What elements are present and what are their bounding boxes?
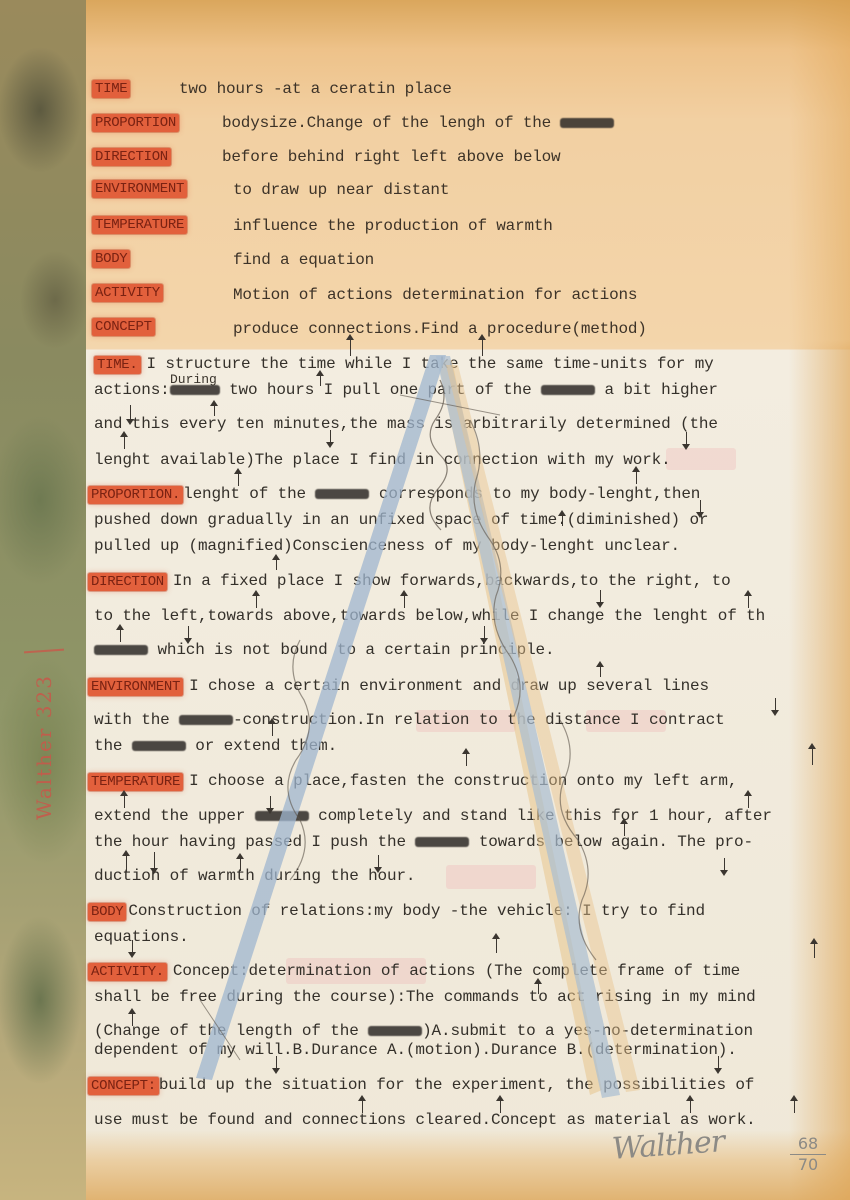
glossary-row: ENVIRONMENT — [92, 176, 187, 202]
text-line: DIRECTIONIn a fixed place I show forward… — [88, 572, 731, 591]
redaction-mark — [132, 741, 186, 751]
arrow-down-icon — [154, 852, 155, 872]
arrow-up-icon — [496, 935, 497, 953]
glossary-definition: find a equation — [233, 251, 374, 269]
keyword-stamp: DIRECTION — [88, 573, 167, 591]
keyword-stamp: DIRECTION — [92, 148, 171, 166]
text-line: actions: two hours I pull one part of th… — [94, 381, 718, 399]
text-line: shall be free during the course):The com… — [94, 988, 756, 1006]
arrow-up-icon — [362, 1097, 363, 1113]
keyword-stamp: TEMPERATURE — [92, 216, 187, 234]
arrow-up-icon — [276, 556, 277, 570]
arrow-up-icon — [126, 852, 127, 872]
arrow-up-icon — [538, 980, 539, 994]
keyword-stamp: ACTIVITY. — [88, 963, 167, 981]
glossary-row: ACTIVITY — [92, 280, 163, 306]
glossary-row: PROPORTION — [92, 110, 179, 136]
redaction-mark — [255, 811, 309, 821]
redaction-mark — [170, 385, 220, 395]
glossary-row: TEMPERATURE — [92, 212, 187, 238]
arrow-down-icon — [276, 1056, 277, 1072]
arrow-up-icon — [272, 720, 273, 736]
glossary-row: CONCEPT — [92, 314, 155, 340]
typed-sheet: TIME two hours -at a ceratin place PROPO… — [86, 0, 850, 1200]
arrow-up-icon — [482, 336, 483, 356]
redaction-mark — [415, 837, 469, 847]
redaction-mark — [541, 385, 595, 395]
arrow-up-icon — [812, 745, 813, 765]
glossary-definition: Motion of actions determination for acti… — [233, 286, 637, 304]
arrow-up-icon — [214, 402, 215, 416]
keyword-stamp: TEMPERATURE — [88, 773, 183, 791]
text-line: TIME.I structure the time while I take t… — [94, 355, 714, 374]
glossary-definition: bodysize.Change of the lengh of the — [222, 114, 614, 132]
arrow-down-icon — [378, 855, 379, 871]
keyword-stamp: ENVIRONMENT — [92, 180, 187, 198]
left-paper-strip: Walther 323 — [0, 0, 88, 1200]
glossary-definition: produce connections.Find a procedure(met… — [233, 320, 647, 338]
redaction-mark — [368, 1026, 422, 1036]
arrow-up-icon — [690, 1097, 691, 1113]
glossary-definition: two hours -at a ceratin place — [179, 80, 452, 98]
arrow-down-icon — [270, 796, 271, 812]
arrow-down-icon — [484, 626, 485, 642]
arrow-up-icon — [124, 792, 125, 808]
keyword-stamp: ACTIVITY — [92, 284, 163, 302]
arrow-down-icon — [330, 430, 331, 446]
text-line: duction of warmth during the hour. — [94, 867, 415, 885]
arrow-up-icon — [600, 663, 601, 677]
arrow-up-icon — [132, 1010, 133, 1026]
keyword-stamp: PROPORTION — [92, 114, 179, 132]
arrow-up-icon — [350, 336, 351, 356]
keyword-stamp: BODY — [92, 250, 130, 268]
side-strip-inscription: Walther 323 — [32, 650, 62, 820]
arrow-down-icon — [188, 626, 189, 642]
text-line: with the -construction.In relation to th… — [94, 711, 725, 729]
arrow-down-icon — [775, 698, 776, 714]
arrow-up-icon — [500, 1097, 501, 1113]
redaction-mark — [94, 645, 148, 655]
arrow-up-icon — [256, 592, 257, 608]
signature-date: 68 70 — [790, 1135, 826, 1174]
text-line: (Change of the length of the )A.submit t… — [94, 1022, 753, 1040]
text-line: ENVIRONMENTI chose a certain environment… — [88, 677, 709, 696]
glossary-row: BODY — [92, 246, 130, 272]
arrow-up-icon — [748, 792, 749, 808]
redaction-mark — [315, 489, 369, 499]
text-line: the or extend them. — [94, 737, 337, 755]
arrow-down-icon — [132, 940, 133, 956]
arrow-up-icon — [794, 1097, 795, 1113]
arrow-down-icon — [686, 432, 687, 448]
text-line: lenght available)The place I find in con… — [94, 451, 671, 469]
keyword-stamp: CONCEPT: — [88, 1077, 159, 1095]
text-line: and this every ten minutes,the mass is a… — [94, 415, 718, 433]
text-line: to the left,towards above,towards below,… — [94, 607, 765, 625]
redaction-mark — [560, 118, 614, 128]
arrow-up-icon — [120, 626, 121, 642]
text-line: use must be found and connections cleare… — [94, 1111, 756, 1129]
arrow-up-icon — [466, 750, 467, 766]
keyword-stamp: CONCEPT — [92, 318, 155, 336]
arrow-down-icon — [700, 500, 701, 516]
text-line: extend the upper completely and stand li… — [94, 807, 772, 825]
text-line: ACTIVITY.Concept:determination of action… — [88, 962, 740, 981]
glossary-definition: before behind right left above below — [222, 148, 560, 166]
redaction-mark — [179, 715, 233, 725]
keyword-stamp: PROPORTION. — [88, 486, 183, 504]
glossary-row: DIRECTION — [92, 144, 171, 170]
arrow-up-icon — [238, 470, 239, 486]
text-line: CONCEPT:build up the situation for the e… — [88, 1076, 754, 1095]
text-line: BODYConstruction of relations:my body -t… — [88, 902, 705, 921]
arrow-up-icon — [404, 592, 405, 608]
keyword-stamp: TIME. — [94, 356, 141, 374]
arrow-up-icon — [240, 855, 241, 871]
glossary-definition: to draw up near distant — [233, 181, 449, 199]
arrow-up-icon — [748, 592, 749, 608]
text-line: dependent of my will.B.Durance A.(motion… — [94, 1041, 737, 1059]
text-line: TEMPERATUREI choose a place,fasten the c… — [88, 772, 737, 791]
arrow-up-icon — [814, 940, 815, 958]
arrow-down-icon — [718, 1056, 719, 1072]
glossary-row: TIME — [92, 76, 130, 102]
text-line: equations. — [94, 928, 189, 946]
arrow-up-icon — [124, 433, 125, 449]
glossary-definition: influence the production of warmth — [233, 217, 553, 235]
arrow-up-icon — [636, 468, 637, 484]
text-line: pulled up (magnified)Conscienceness of m… — [94, 537, 680, 555]
keyword-stamp: BODY — [88, 903, 126, 921]
arrow-down-icon — [130, 405, 131, 423]
arrow-up-icon — [320, 372, 321, 386]
arrow-up-icon — [624, 820, 625, 836]
arrow-up-icon — [562, 512, 563, 526]
keyword-stamp: TIME — [92, 80, 130, 98]
text-line: pushed down gradually in an unfixed spac… — [94, 511, 708, 529]
text-line: the hour having passed I push the toward… — [94, 833, 753, 851]
text-line: PROPORTION.lenght of the corresponds to … — [88, 485, 700, 504]
keyword-stamp: ENVIRONMENT — [88, 678, 183, 696]
arrow-down-icon — [600, 590, 601, 606]
arrow-down-icon — [724, 858, 725, 874]
